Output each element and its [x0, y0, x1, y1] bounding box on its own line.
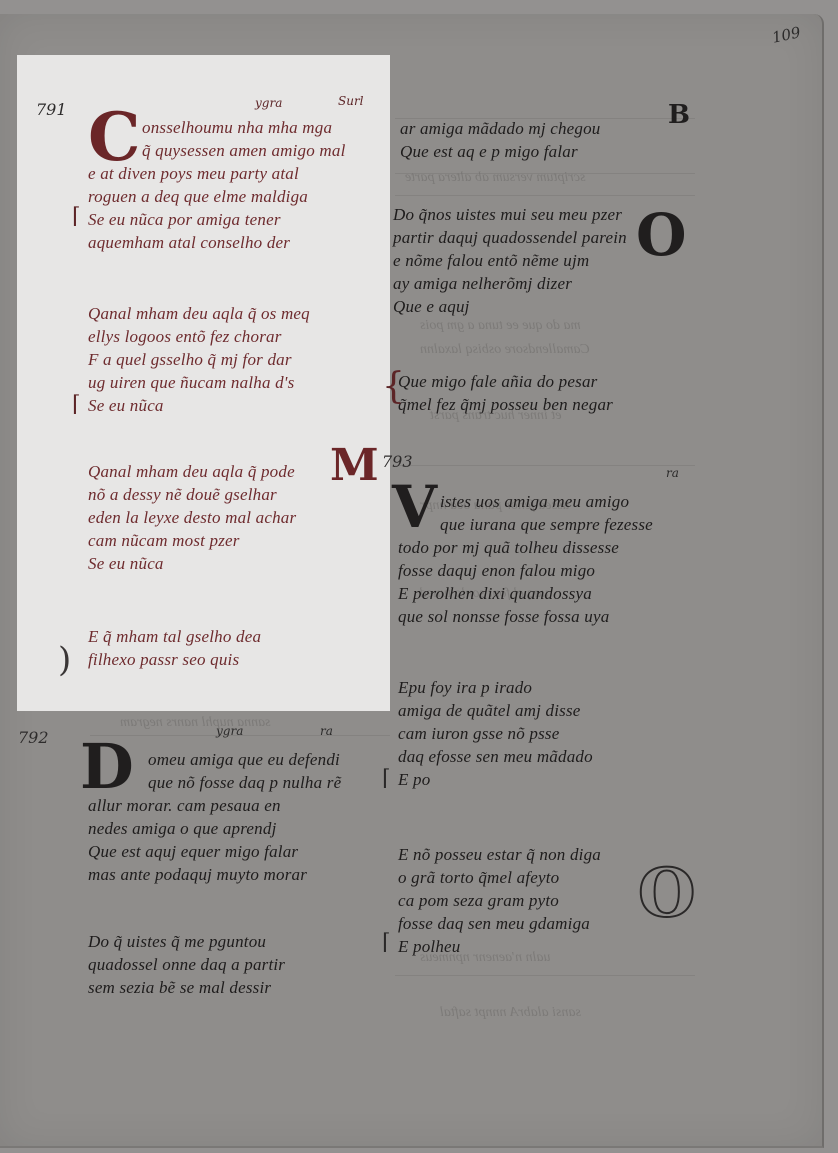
- verse-line: ug uiren que ñucam nalha d's: [88, 371, 310, 394]
- ruling-line: [395, 195, 695, 196]
- show-through-text: Camallendsore osbisq laxalnn: [420, 342, 590, 358]
- verse-line: mas ante podaquj muyto morar: [88, 863, 307, 886]
- verse-line: quadossel onne daq a partir: [88, 953, 285, 976]
- verse-line: ay amiga nelherõmj dizer: [393, 272, 627, 295]
- stanza-793-1b: todo por mj quã tolheu dissesse fosse da…: [398, 536, 619, 628]
- verse-line: ar amiga mãdado mj chegou: [400, 117, 600, 140]
- verse-line: Se eu nũca: [88, 552, 296, 575]
- stanza-791-cont-3: Que migo fale añia do pesar q̃mel fez q̃…: [398, 370, 613, 416]
- poem-number-793: 793: [382, 452, 413, 471]
- verse-line: nõ a dessy nẽ douẽ gselhar: [88, 483, 296, 506]
- show-through-text: ma do que ee tuna a gm pois: [420, 318, 581, 334]
- marginal-initial-b: B: [668, 102, 690, 128]
- show-through-text: sanna nuphl nanrs negram: [120, 715, 271, 731]
- marginal-initial-o: O: [636, 206, 687, 264]
- verse-line: ellys logoos entõ fez chorar: [88, 325, 310, 348]
- stanza-bracket: ): [58, 640, 71, 680]
- refrain-mark: ⌈: [382, 766, 391, 791]
- gloss-left: ygra: [216, 724, 243, 738]
- verse-line: e nõme falou entõ nẽme ujm: [393, 249, 627, 272]
- verse-line: F a quel gsselho q̃ mj for dar: [88, 348, 310, 371]
- verse-line: roguen a deq que elme maldiga: [88, 185, 308, 208]
- verse-line: todo por mj quã tolheu dissesse: [398, 536, 619, 559]
- gloss-right: ra: [666, 466, 679, 480]
- decorated-initial-c: C: [88, 104, 141, 170]
- stanza-791-2: Qanal mham deu aqla q̃ os meq ellys logo…: [88, 302, 310, 417]
- stanza-791-cont-1: ar amiga mãdado mj chegou Que est aq e p…: [400, 117, 600, 163]
- verse-line: E po: [398, 768, 593, 791]
- verse-line: E q̃ mham tal gselho dea: [88, 625, 261, 648]
- verse-line: o grã torto q̃mel afeyto: [398, 866, 601, 889]
- stanza-792-1a: omeu amiga que eu defendi que nõ fosse d…: [148, 748, 341, 794]
- stanza-792-2: Do q̃ uistes q̃ me pguntou quadossel onn…: [88, 930, 285, 999]
- verse-line: eden la leyxe desto mal achar: [88, 506, 296, 529]
- verse-line: cam iuron gsse nõ psse: [398, 722, 593, 745]
- stanza-bracket: {: [382, 366, 405, 407]
- verse-line: Qanal mham deu aqla q̃ os meq: [88, 302, 310, 325]
- verse-line: E nõ posseu estar q̃ non diga: [398, 843, 601, 866]
- verse-line: aquemham atal conselho der: [88, 231, 308, 254]
- verse-line: cam nũcam most pzer: [88, 529, 296, 552]
- verse-line: Se eu nũca por amiga tener: [88, 208, 308, 231]
- verse-line: onsselhoumu nha mha mga: [142, 116, 346, 139]
- verse-line: ca pom seza gram pyto: [398, 889, 601, 912]
- decorated-initial-v: V: [392, 478, 437, 536]
- verse-line: que nõ fosse daq p nulha rẽ: [148, 771, 341, 794]
- refrain-mark: ⌈: [72, 392, 81, 417]
- verse-line: e at diven poys meu party atal: [88, 162, 308, 185]
- verse-line: Do q̃ uistes q̃ me pguntou: [88, 930, 285, 953]
- verse-line: Se eu nũca: [88, 394, 310, 417]
- verse-line: amiga de quãtel amj disse: [398, 699, 593, 722]
- ruling-line: [395, 975, 695, 976]
- verse-line: que sol nonsse fosse fossa uya: [398, 605, 619, 628]
- verse-line: q̃mel fez q̃mj posseu ben negar: [398, 393, 613, 416]
- gloss-right: Surl: [338, 94, 364, 108]
- verse-line: daq efosse sen meu mãdado: [398, 745, 593, 768]
- stanza-791-1a: onsselhoumu nha mha mga q̃ quysessen ame…: [142, 116, 346, 162]
- poem-number-791: 791: [36, 100, 67, 119]
- verse-line: omeu amiga que eu defendi: [148, 748, 341, 771]
- verse-line: istes uos amiga meu amigo: [440, 490, 653, 513]
- verse-line: Que est aquj equer migo falar: [88, 840, 307, 863]
- show-through-text: sansi alabrA nnnpt saftal: [440, 1005, 581, 1021]
- stanza-792-1b: allur morar. cam pesaua en nedes amiga o…: [88, 794, 307, 886]
- stanza-793-2: Epu foy ira p irado amiga de quãtel amj …: [398, 676, 593, 791]
- poem-number-792: 792: [18, 728, 49, 747]
- verse-line: filhexo passr seo quis: [88, 648, 261, 671]
- verse-line: partir daquj quadossendel parein: [393, 226, 627, 249]
- verse-line: Epu foy ira p irado: [398, 676, 593, 699]
- stanza-791-3: Qanal mham deu aqla q̃ pode nõ a dessy n…: [88, 460, 296, 575]
- verse-line: E polheu: [398, 935, 601, 958]
- verse-line: nedes amiga o que aprendj: [88, 817, 307, 840]
- stanza-793-1a: istes uos amiga meu amigo que iurana que…: [440, 490, 653, 536]
- verse-line: Que migo fale añia do pesar: [398, 370, 613, 393]
- decorated-initial-d: D: [80, 736, 134, 798]
- ruling-line: [395, 465, 695, 466]
- gloss-left: ygra: [255, 96, 282, 110]
- gloss-right: ra: [320, 724, 333, 738]
- outlined-initial-o: O: [638, 860, 696, 926]
- verse-line: allur morar. cam pesaua en: [88, 794, 307, 817]
- stanza-791-4: E q̃ mham tal gselho dea filhexo passr s…: [88, 625, 261, 671]
- refrain-mark: ⌈: [382, 930, 391, 955]
- stanza-791-cont-2: Do q̃nos uistes mui seu meu pzer partir …: [393, 203, 627, 318]
- verse-line: sem sezia bẽ se mal dessir: [88, 976, 285, 999]
- verse-line: Qanal mham deu aqla q̃ pode: [88, 460, 296, 483]
- stanza-793-3: E nõ posseu estar q̃ non diga o grã tort…: [398, 843, 601, 958]
- decorated-initial-m: M: [330, 444, 379, 488]
- show-through-text: scriptum versum ab altera parte: [405, 170, 585, 186]
- verse-line: q̃ quysessen amen amigo mal: [142, 139, 346, 162]
- verse-line: Que e aquj: [393, 295, 627, 318]
- verse-line: Do q̃nos uistes mui seu meu pzer: [393, 203, 627, 226]
- verse-line: E perolhen dixi quandossya: [398, 582, 619, 605]
- verse-line: fosse daq sen meu gdamiga: [398, 912, 601, 935]
- refrain-mark: ⌈: [72, 204, 81, 229]
- verse-line: Que est aq e p migo falar: [400, 140, 600, 163]
- stanza-791-1b: e at diven poys meu party atal roguen a …: [88, 162, 308, 254]
- verse-line: que iurana que sempre fezesse: [440, 513, 653, 536]
- verse-line: fosse daquj enon falou migo: [398, 559, 619, 582]
